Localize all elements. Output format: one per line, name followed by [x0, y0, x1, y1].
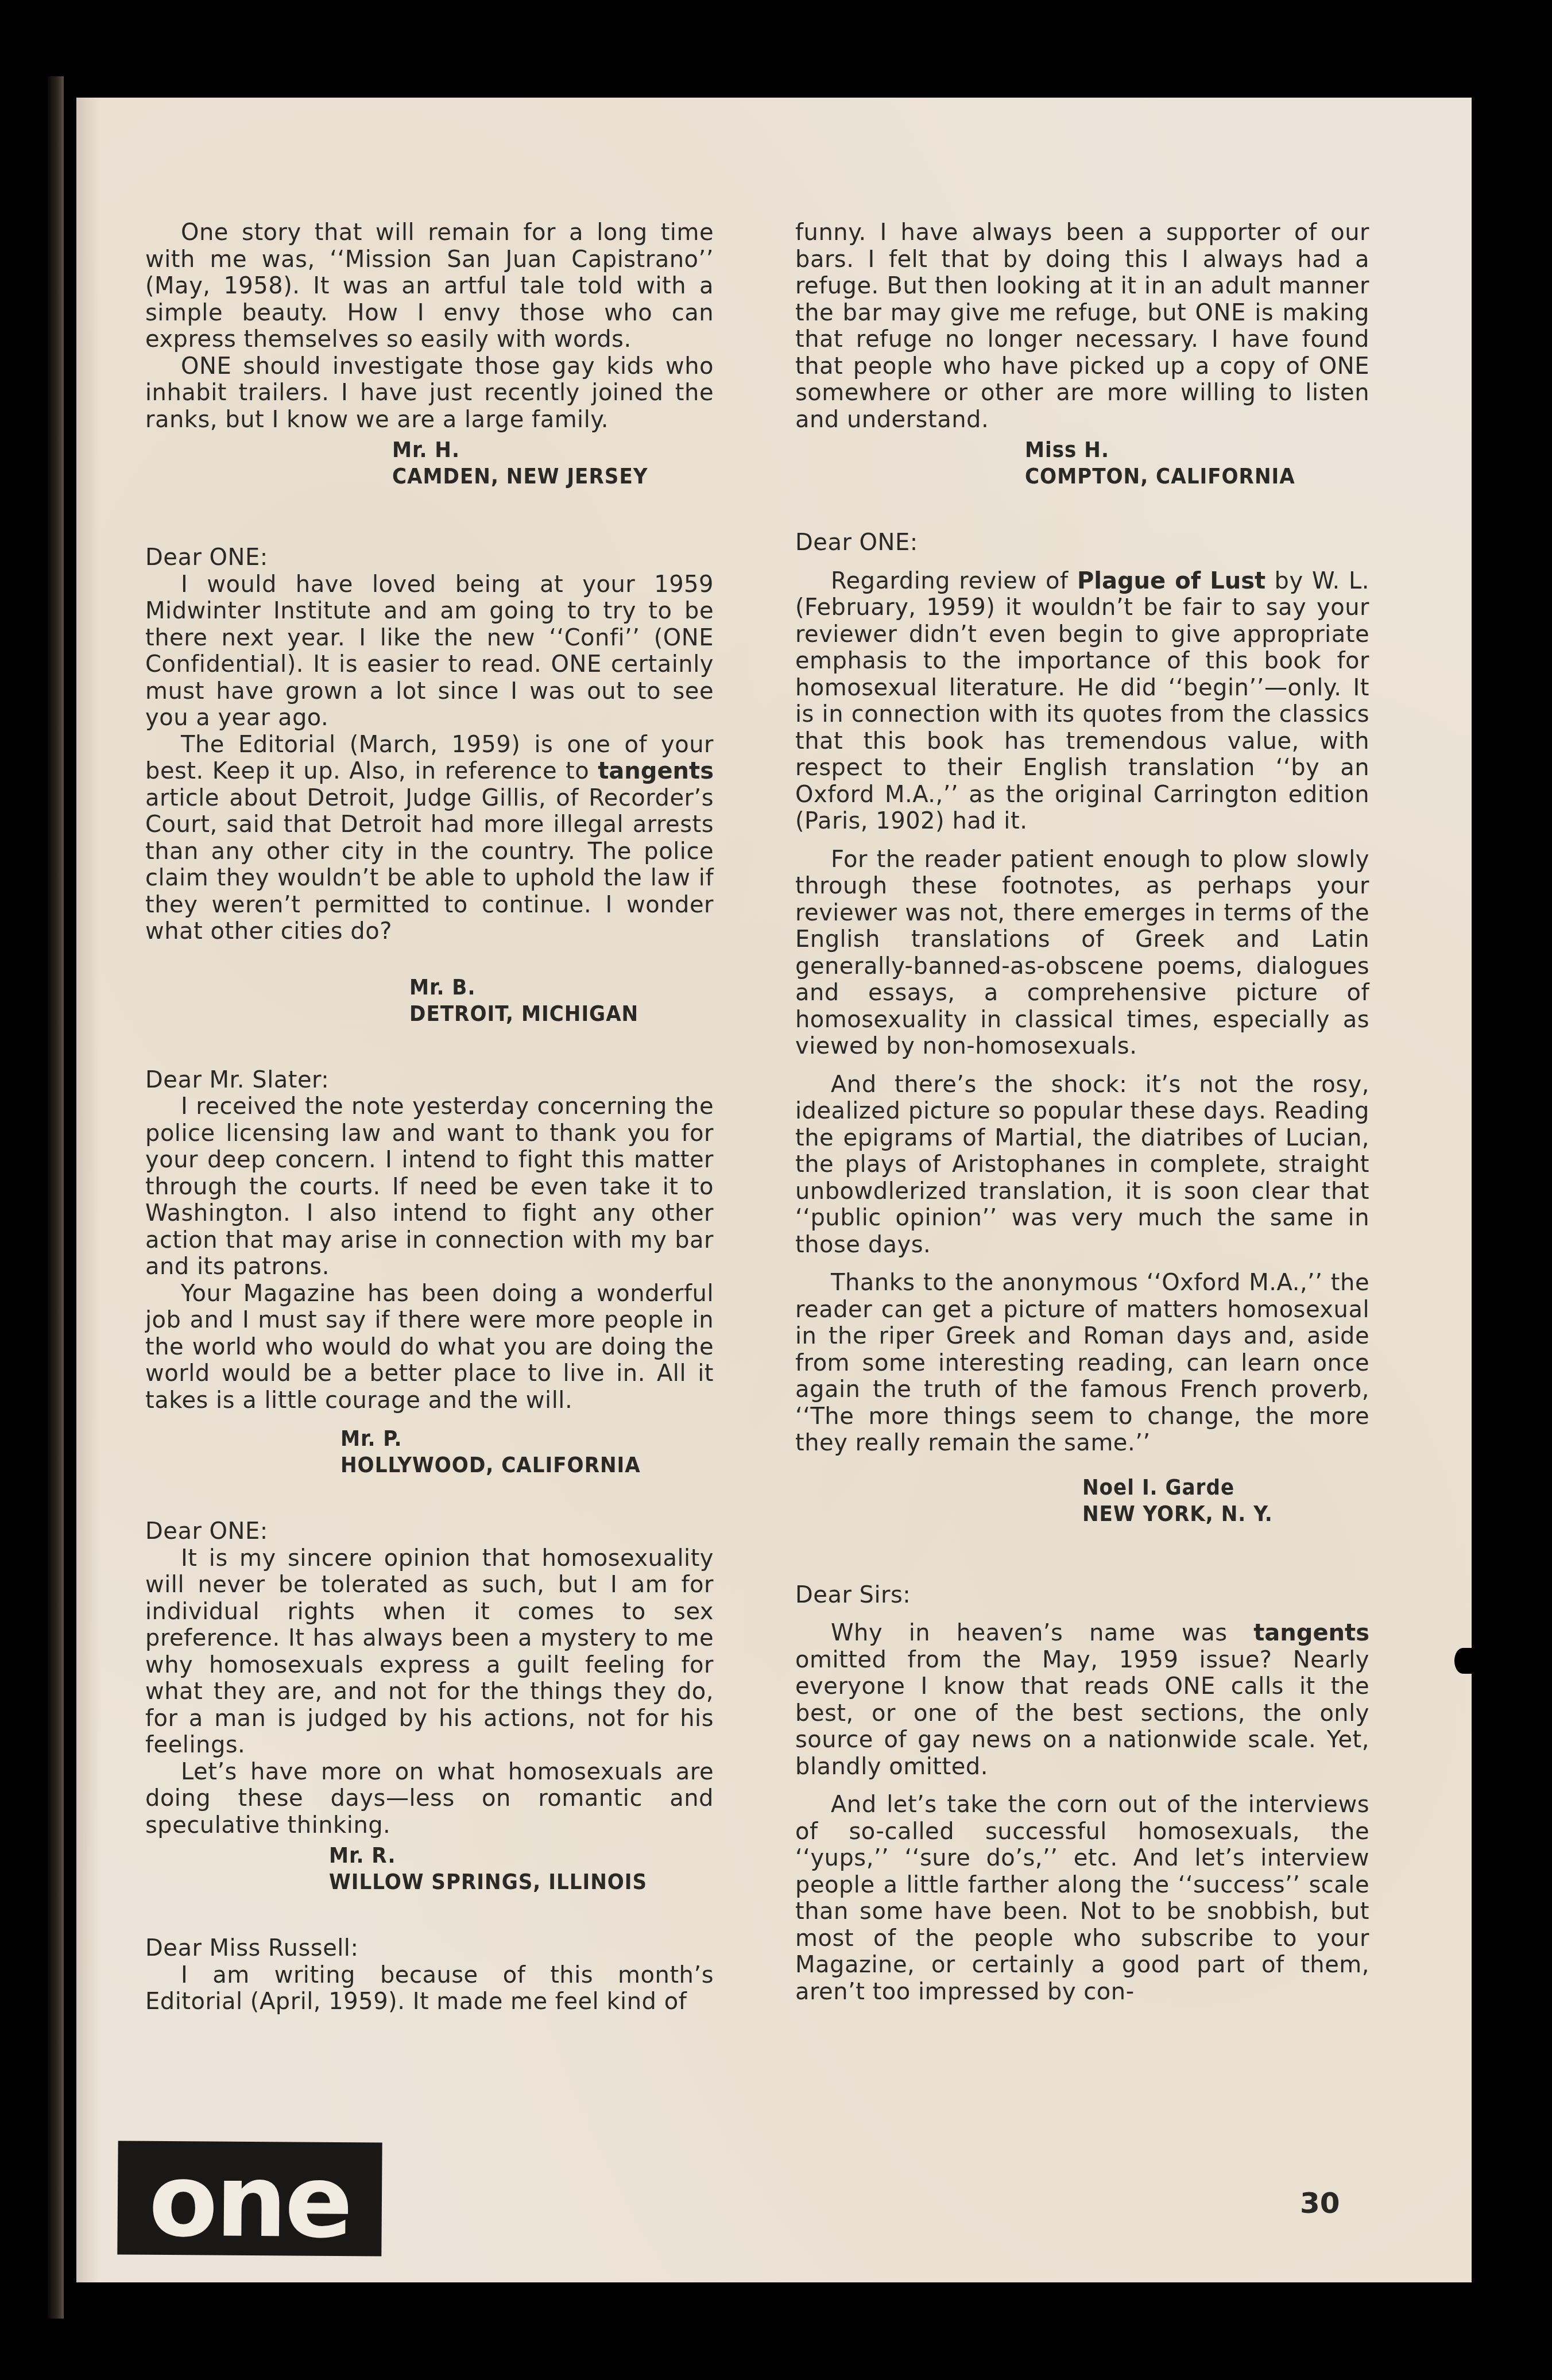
- letter-paragraph: Regarding review of Plague of Lust by W.…: [795, 568, 1369, 835]
- signature-name: Mr. R.: [329, 1842, 714, 1868]
- text-run: by W. L. (February, 1959) it wouldn’t be…: [795, 568, 1369, 835]
- signature-location: NEW YORK, N. Y.: [1082, 1500, 1369, 1527]
- text-run: Regarding review of: [831, 568, 1077, 594]
- salutation: Dear ONE:: [145, 1518, 714, 1545]
- signature-block: Mr. R. WILLOW SPRINGS, ILLINOIS: [329, 1842, 714, 1895]
- page-number: 30: [1300, 2186, 1340, 2220]
- letter-paragraph: One story that will remain for a long ti…: [145, 219, 714, 353]
- salutation: Dear Miss Russell:: [145, 1935, 714, 1962]
- signature-location: DETROIT, MICHIGAN: [409, 1000, 714, 1027]
- signature-location: HOLLYWOOD, CALIFORNIA: [340, 1452, 714, 1478]
- binding-strip: [48, 76, 64, 2319]
- bold-term-tangents: tangents: [598, 758, 714, 784]
- text-run: article about Detroit, Judge Gillis, of …: [145, 785, 714, 945]
- salutation: Dear ONE:: [145, 544, 714, 571]
- left-column: One story that will remain for a long ti…: [145, 219, 714, 2015]
- signature-name: Mr. B.: [409, 974, 714, 1000]
- signature-block: Miss H. COMPTON, CALIFORNIA: [1025, 436, 1369, 489]
- signature-name: Noel I. Garde: [1082, 1474, 1369, 1500]
- signature-location: WILLOW SPRINGS, ILLINOIS: [329, 1868, 714, 1895]
- page-tear: [1454, 1648, 1472, 1674]
- signature-location: COMPTON, CALIFORNIA: [1025, 463, 1369, 489]
- letter-paragraph: Why in heaven’s name was tangents omitte…: [795, 1620, 1369, 1780]
- bold-book-title: Plague of Lust: [1077, 568, 1265, 594]
- signature-block: Mr. H. CAMDEN, NEW JERSEY: [392, 436, 714, 489]
- letter-paragraph: For the reader patient enough to plow sl…: [795, 846, 1369, 1060]
- letter-paragraph: Let’s have more on what homosexuals are …: [145, 1759, 714, 1839]
- salutation: Dear Sirs:: [795, 1582, 1369, 1609]
- signature-name: Mr. H.: [392, 436, 714, 463]
- salutation: Dear Mr. Slater:: [145, 1067, 714, 1094]
- text-run: omitted from the May, 1959 issue? Nearly…: [795, 1647, 1369, 1780]
- letter-paragraph: I would have loved being at your 1959 Mi…: [145, 571, 714, 732]
- magazine-page: One story that will remain for a long ti…: [76, 98, 1472, 2282]
- signature-name: Miss H.: [1025, 436, 1369, 463]
- logo-text: one: [149, 2150, 351, 2252]
- letter-paragraph: It is my sincere opinion that homosexual…: [145, 1545, 714, 1759]
- letter-paragraph: Thanks to the anonymous ‘‘Oxford M.A.,’’…: [795, 1270, 1369, 1457]
- letter-paragraph: funny. I have always been a supporter of…: [795, 219, 1369, 433]
- signature-block: Noel I. Garde NEW YORK, N. Y.: [1082, 1474, 1369, 1527]
- signature-block: Mr. B. DETROIT, MICHIGAN: [409, 974, 714, 1027]
- letter-paragraph: And let’s take the corn out of the inter…: [795, 1791, 1369, 2005]
- letter-paragraph: I received the note yesterday concerning…: [145, 1093, 714, 1280]
- signature-location: CAMDEN, NEW JERSEY: [392, 463, 714, 489]
- signature-block: Mr. P. HOLLYWOOD, CALIFORNIA: [340, 1425, 714, 1478]
- one-magazine-logo: one: [117, 2141, 382, 2256]
- letter-paragraph: ONE should investigate those gay kids wh…: [145, 353, 714, 434]
- letter-paragraph: The Editorial (March, 1959) is one of yo…: [145, 732, 714, 945]
- letter-paragraph: Your Magazine has been doing a wonderful…: [145, 1280, 714, 1414]
- letter-paragraph: I am writing because of this month’s Edi…: [145, 1962, 714, 2015]
- right-column: funny. I have always been a supporter of…: [795, 219, 1369, 2005]
- letter-paragraph: And there’s the shock: it’s not the rosy…: [795, 1071, 1369, 1259]
- salutation: Dear ONE:: [795, 529, 1369, 556]
- bold-term-tangents: tangents: [1253, 1620, 1369, 1646]
- text-run: Why in heaven’s name was: [831, 1620, 1253, 1646]
- signature-name: Mr. P.: [340, 1425, 714, 1452]
